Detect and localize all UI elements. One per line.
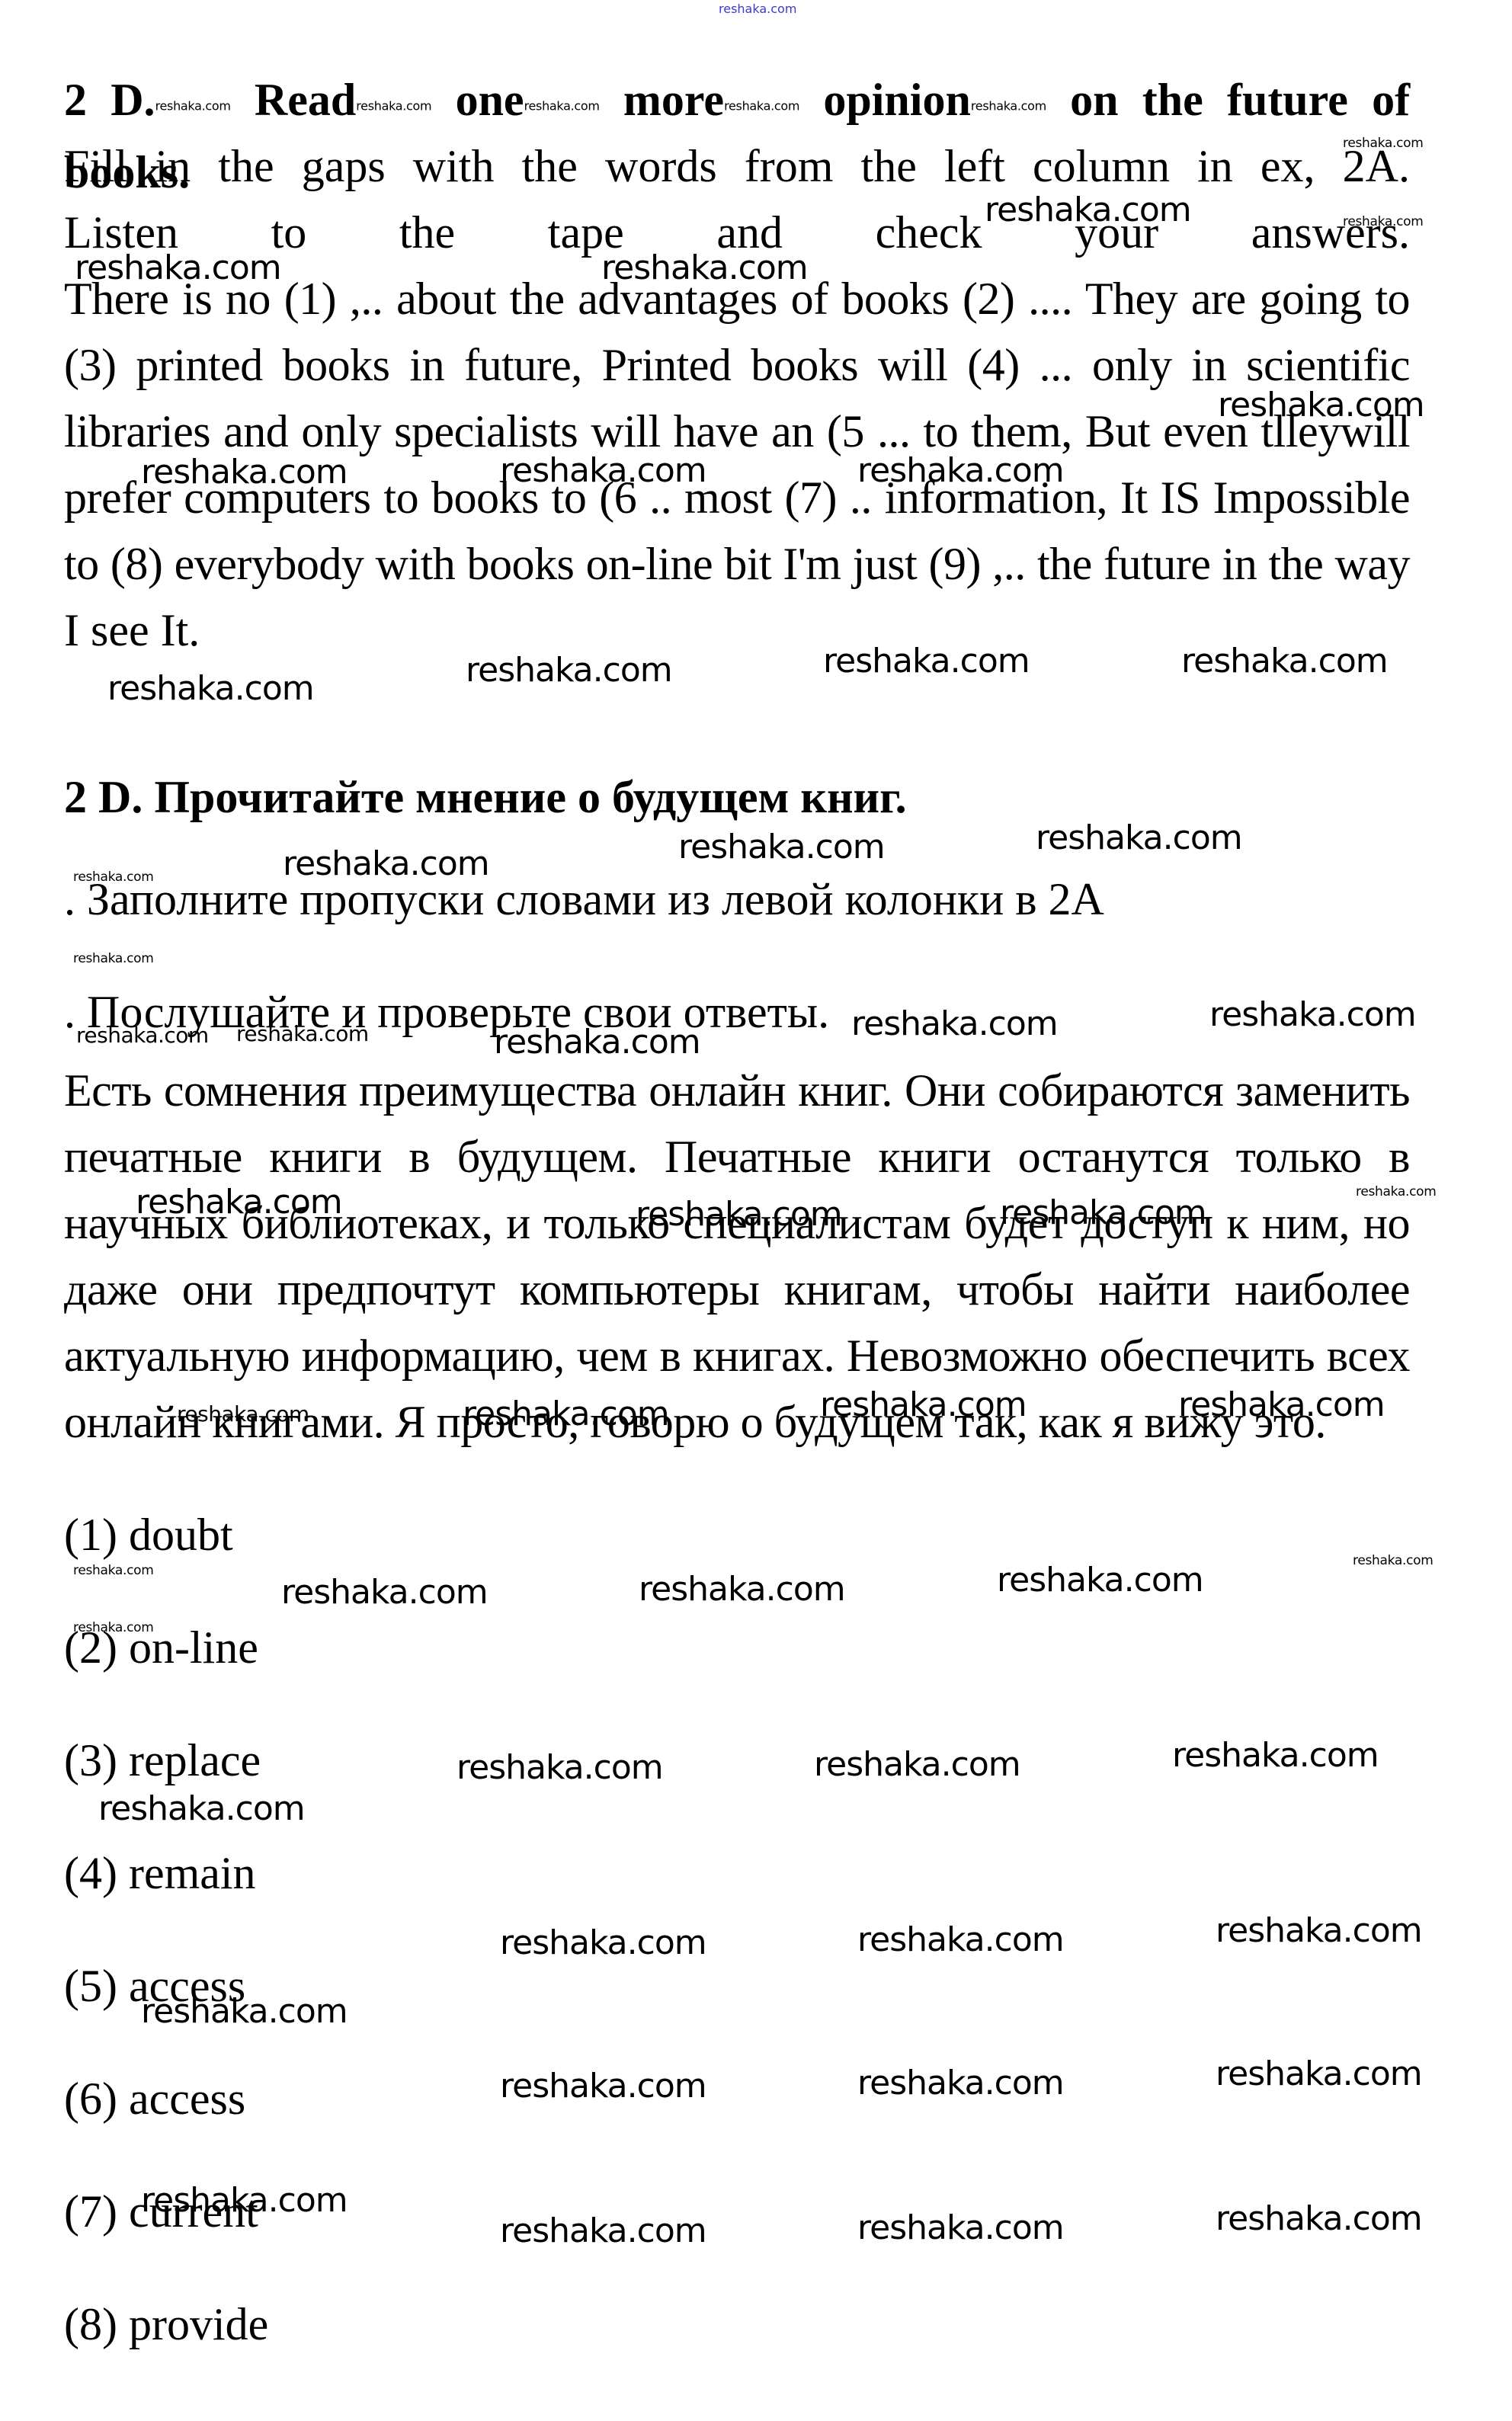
watermark: reshaka.com (1218, 389, 1424, 422)
site-watermark-top: reshaka.com (719, 3, 796, 15)
watermark: reshaka.com (636, 1198, 842, 1231)
heading-word: of (1372, 75, 1410, 125)
watermark: reshaka.com (73, 871, 154, 884)
russian-line-1: Есть сомнения преимущества онлайн книг. … (64, 1058, 1410, 1124)
watermark: reshaka.com (236, 1023, 369, 1045)
watermark: reshaka.com (73, 953, 154, 966)
watermark: reshaka.com (177, 1404, 309, 1425)
watermark: reshaka.com (1216, 2202, 1422, 2236)
watermark: reshaka.com (136, 1186, 342, 1219)
inline-watermark: reshaka.com (356, 99, 431, 114)
watermark: reshaka.com (98, 1792, 305, 1826)
inline-watermark: reshaka.com (724, 99, 799, 114)
watermark: reshaka.com (985, 194, 1191, 227)
watermark: reshaka.com (466, 654, 672, 687)
watermark: reshaka.com (494, 1026, 700, 1059)
watermark: reshaka.com (463, 1398, 669, 1431)
english-line-4: (3) printed books in future, Printed boo… (64, 332, 1410, 399)
heading-word: on (1070, 75, 1118, 125)
watermark: reshaka.com (456, 1751, 663, 1785)
watermark: reshaka.com (1036, 821, 1242, 855)
watermark: reshaka.com (1172, 1739, 1379, 1773)
watermark: reshaka.com (857, 454, 1064, 488)
watermark: reshaka.com (107, 672, 314, 706)
watermark: reshaka.com (1216, 2058, 1422, 2091)
watermark: reshaka.com (997, 1564, 1203, 1597)
russian-instruction-1: . Заполните пропуски словами из левой ко… (64, 866, 1410, 933)
watermark: reshaka.com (1216, 1914, 1422, 1948)
watermark: reshaka.com (678, 831, 885, 864)
english-heading: 2 D.reshaka.com Readreshaka.com oneresha… (64, 67, 1410, 133)
watermark: reshaka.com (500, 2214, 706, 2248)
russian-line-4: даже они предпочтут компьютеры книгам, ч… (64, 1257, 1410, 1323)
inline-watermark: reshaka.com (524, 99, 600, 114)
watermark: reshaka.com (1178, 1388, 1385, 1422)
heading-word: opinion (823, 75, 970, 125)
watermark: reshaka.com (1181, 645, 1388, 678)
watermark: reshaka.com (73, 1564, 154, 1577)
watermark: reshaka.com (141, 456, 348, 489)
watermark: reshaka.com (141, 1995, 348, 2029)
watermark: reshaka.com (283, 847, 489, 881)
watermark: reshaka.com (75, 251, 281, 285)
answer-item-1: (1) doubt (64, 1502, 233, 1568)
watermark: reshaka.com (857, 1923, 1064, 1957)
heading-word: more (623, 75, 724, 125)
watermark: reshaka.com (1000, 1196, 1206, 1230)
answer-item-3: (3) replace (64, 1728, 261, 1794)
watermark: reshaka.com (73, 1622, 154, 1635)
watermark: reshaka.com (1343, 216, 1424, 229)
heading-word: one (456, 75, 524, 125)
answer-item-6: (6) access (64, 2066, 245, 2132)
watermark: reshaka.com (851, 1007, 1058, 1041)
heading-word: the (1142, 75, 1203, 125)
watermark: reshaka.com (281, 1576, 488, 1609)
answer-item-8: (8) provide (64, 2291, 268, 2358)
english-line-7: to (8) everybody with books on-line bit … (64, 531, 1410, 597)
heading-word: D. (111, 75, 155, 125)
watermark: reshaka.com (500, 454, 706, 488)
watermark: reshaka.com (857, 2211, 1064, 2245)
watermark: reshaka.com (1356, 1186, 1437, 1199)
heading-word: 2 (64, 75, 87, 125)
watermark: reshaka.com (1209, 998, 1416, 1032)
watermark: reshaka.com (601, 251, 808, 285)
answer-item-4: (4) remain (64, 1840, 256, 1907)
inline-watermark: reshaka.com (971, 99, 1046, 114)
watermark: reshaka.com (814, 1748, 1020, 1782)
watermark: reshaka.com (1343, 137, 1424, 150)
watermark: reshaka.com (639, 1573, 845, 1606)
watermark: reshaka.com (857, 2067, 1064, 2100)
heading-word: future (1227, 75, 1348, 125)
watermark: reshaka.com (820, 1388, 1027, 1422)
inline-watermark: reshaka.com (155, 99, 231, 114)
watermark: reshaka.com (141, 2184, 348, 2218)
heading-word: Read (255, 75, 356, 125)
watermark: reshaka.com (76, 1025, 209, 1046)
russian-line-2: печатные книги в будущем. Печатные книги… (64, 1124, 1410, 1190)
watermark: reshaka.com (1353, 1555, 1434, 1568)
english-line-1: Fill in the gaps with the words from the… (64, 133, 1410, 200)
document-page: reshaka.com 2 D.reshaka.com Readreshaka.… (0, 0, 1512, 2421)
russian-line-5: актуальную информацию, чем в книгах. Нев… (64, 1323, 1410, 1389)
watermark: reshaka.com (500, 1926, 706, 1960)
watermark: reshaka.com (500, 2070, 706, 2103)
watermark: reshaka.com (823, 645, 1030, 678)
